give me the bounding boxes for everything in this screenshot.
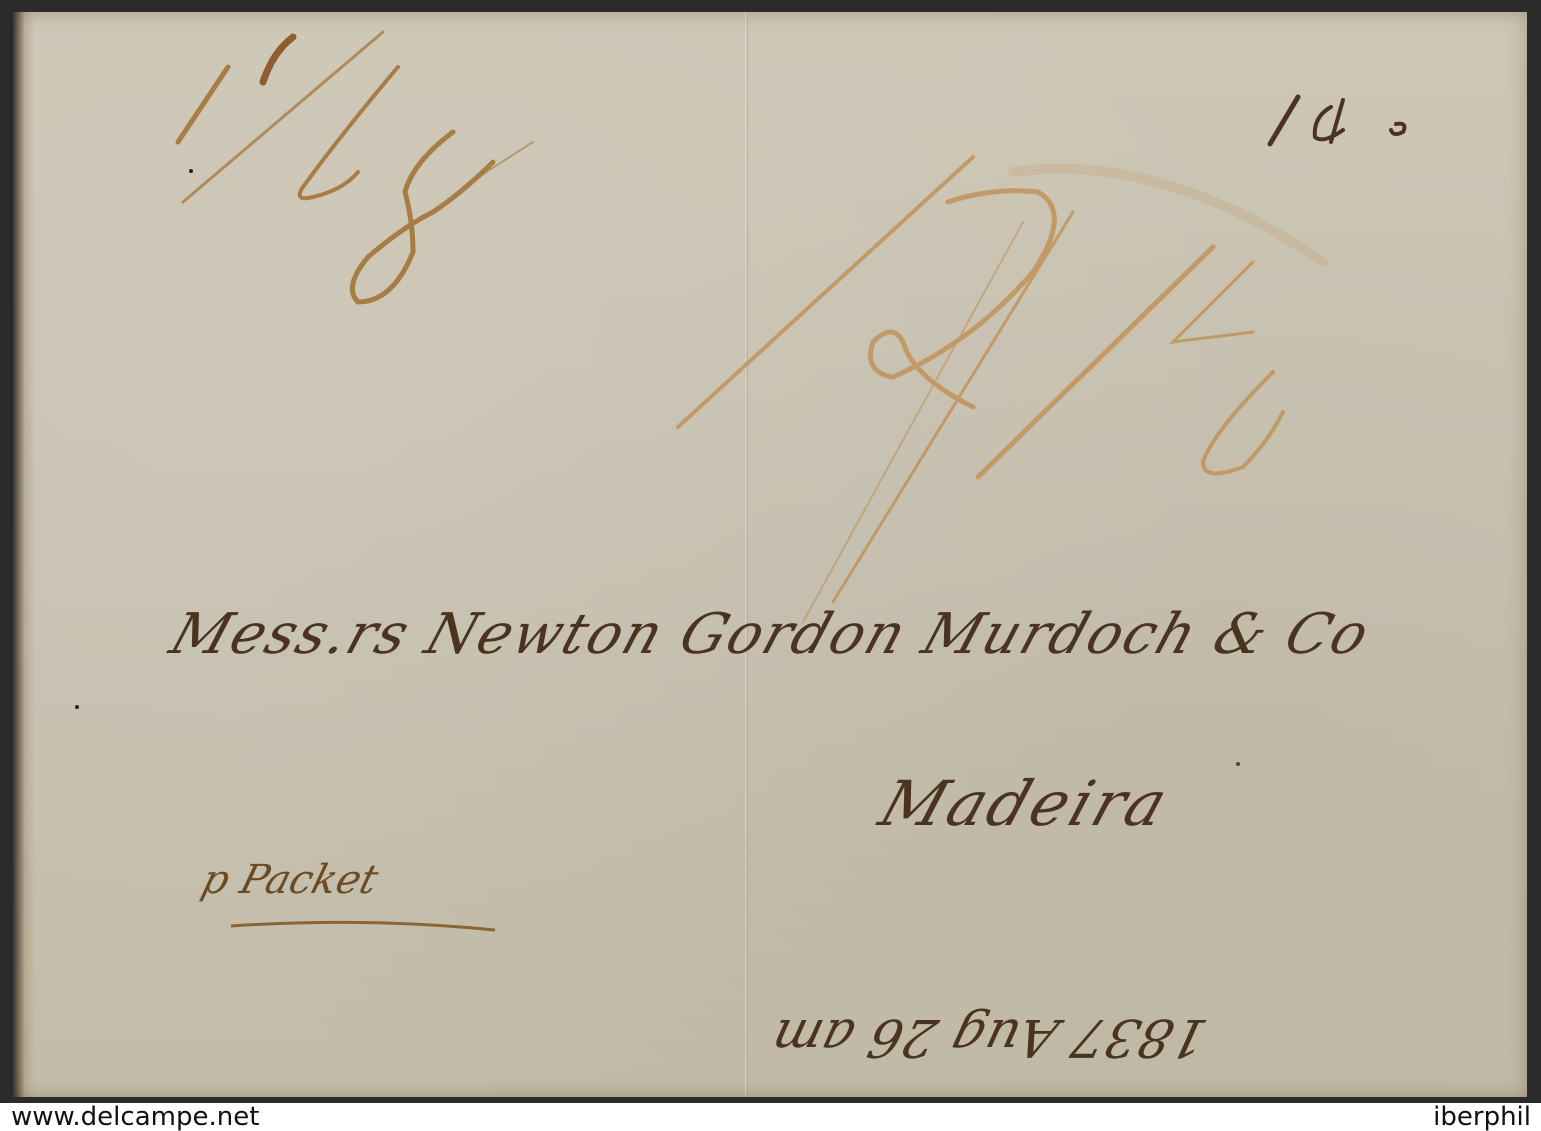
rate-top-left-strokes	[178, 32, 533, 302]
photo-frame: 1 a Mess.rs Newton Gordon Murdoch & Co M…	[0, 0, 1541, 1103]
ink-strokes	[13, 12, 1527, 1097]
addressee-name: Mess.rs Newton Gordon Murdoch & Co	[162, 602, 1378, 667]
rate-center-strokes	[678, 157, 1323, 622]
postal-cover: 1 a Mess.rs Newton Gordon Murdoch & Co M…	[13, 12, 1527, 1097]
ink-speck	[75, 705, 79, 709]
destination-place: Madeira	[871, 767, 1179, 840]
date-inscription-inverted: 1837 Aug 26 am	[766, 1007, 1214, 1067]
ink-speck	[189, 169, 193, 173]
watermark-iberphil: iberphil	[1433, 1103, 1531, 1131]
ink-speck	[1236, 762, 1240, 766]
route-underline-stroke	[231, 922, 495, 930]
route-instruction: p Packet	[197, 857, 383, 903]
watermark-delcampe: www.delcampe.net	[11, 1103, 259, 1131]
